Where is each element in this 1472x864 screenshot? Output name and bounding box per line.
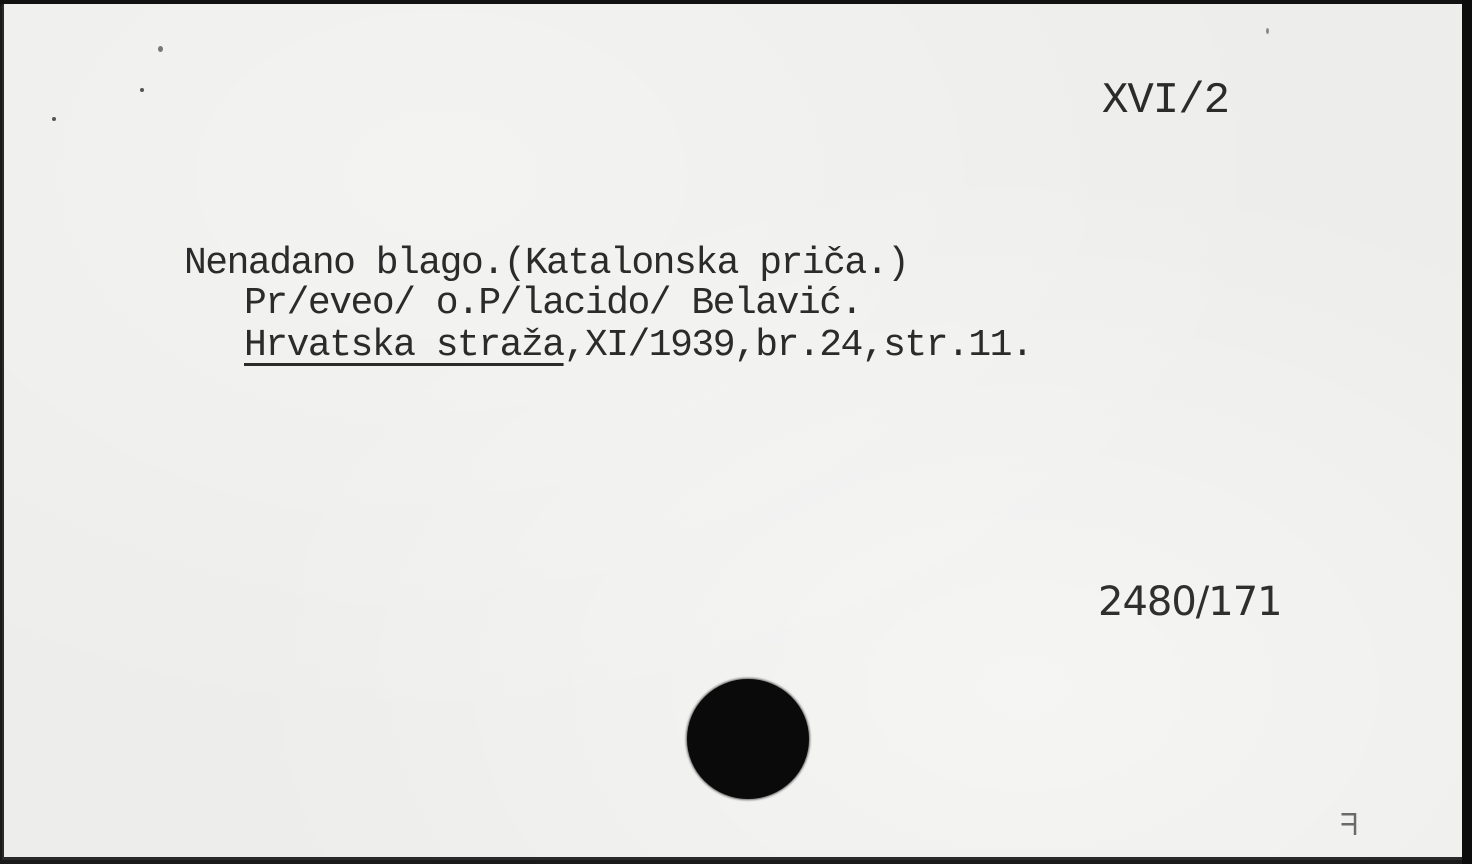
punch-hole-icon	[687, 679, 809, 799]
shelfmark: XVI/2	[1102, 76, 1229, 126]
catalog-card: XVI/2 Nenadano blago.(Katalonska priča.)…	[2, 4, 1462, 860]
source-line: Hrvatska straža,XI/1939,br.24,str.11.	[244, 324, 1032, 367]
source-publication-title: Hrvatska straža	[244, 324, 564, 367]
accession-number: 2480/171	[1098, 579, 1282, 625]
scan-right-border	[1462, 0, 1472, 864]
ink-speck	[158, 46, 163, 52]
title-line: Nenadano blago.(Katalonska priča.)	[184, 242, 908, 285]
pencil-mark: ᖷ	[1340, 808, 1358, 843]
ink-speck	[52, 117, 56, 121]
source-citation: ,XI/1939,br.24,str.11.	[564, 324, 1033, 367]
ink-speck	[140, 88, 144, 92]
ink-speck	[1266, 28, 1269, 34]
translator-line: Pr/eveo/ o.P/lacido/ Belavić.	[244, 282, 862, 325]
